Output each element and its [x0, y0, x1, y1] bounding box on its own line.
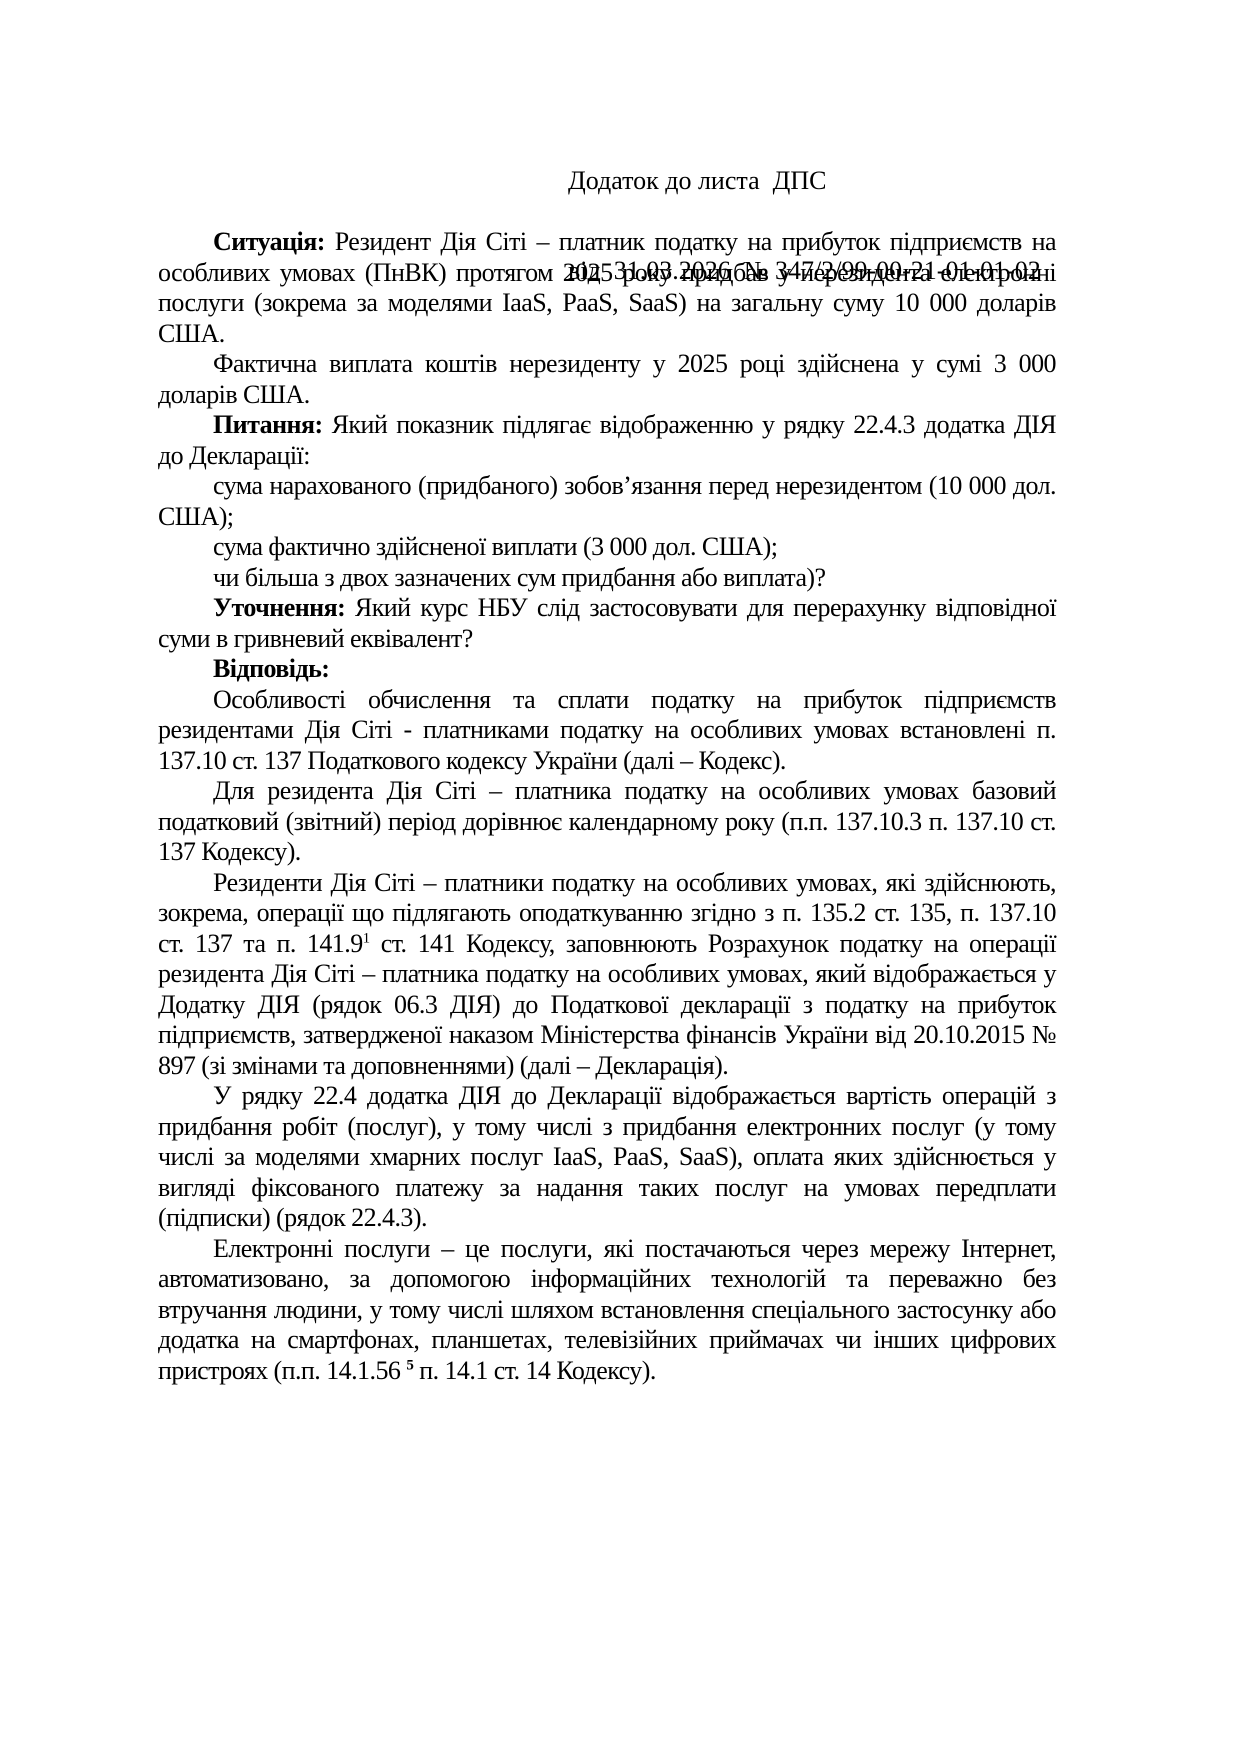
header-line-attachment: Додаток до листа ДПС	[568, 166, 1041, 196]
paragraph-option-paid: сума фактично здійсненої виплати (3 000 …	[158, 532, 1056, 563]
label-question: Питання:	[213, 410, 323, 439]
label-clarification: Уточнення:	[213, 593, 345, 622]
paragraph-answer-features: Особливості обчислення та сплати податку…	[158, 685, 1056, 777]
paragraph-answer-heading: Відповідь:	[158, 654, 1056, 685]
paragraph-question: Питання: Який показник підлягає відображ…	[158, 410, 1056, 471]
document-page: Додаток до листа ДПС від 31.03.2026 № 34…	[0, 0, 1241, 1755]
paragraph-clarification: Уточнення: Який курс НБУ слід застосовув…	[158, 593, 1056, 654]
paragraph-answer-row-22-4: У рядку 22.4 додатка ДІЯ до Декларації в…	[158, 1081, 1056, 1234]
footnote-superscript: 1	[363, 930, 370, 946]
paragraph-answer-period: Для резидента Дія Сіті – платника податк…	[158, 776, 1056, 868]
paragraph-answer-e-services: Електронні послуги – це послуги, які пос…	[158, 1234, 1056, 1387]
label-answer: Відповідь:	[213, 654, 329, 683]
paragraph-option-accrued: сума нарахованого (придбаного) зобов’яза…	[158, 471, 1056, 532]
paragraph-answer-residents: Резиденти Дія Сіті – платники податку на…	[158, 868, 1056, 1082]
paragraph-situation: Ситуація: Резидент Дія Сіті – платник по…	[158, 227, 1056, 349]
document-body: Ситуація: Резидент Дія Сіті – платник по…	[158, 227, 1056, 1386]
paragraph-option-greater: чи більша з двох зазначених сум придбанн…	[158, 563, 1056, 594]
paragraph-payment: Фактична виплата коштів нерезиденту у 20…	[158, 349, 1056, 410]
label-situation: Ситуація:	[213, 227, 325, 256]
